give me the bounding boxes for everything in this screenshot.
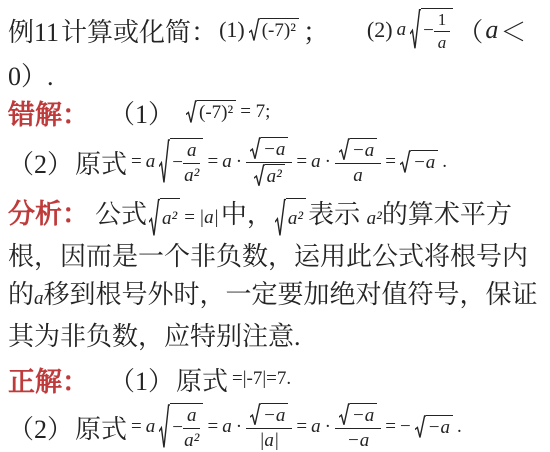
fraction: a a²: [183, 405, 201, 451]
analysis-text: 表示: [308, 200, 360, 229]
radical-sign-icon: [159, 138, 170, 186]
radicand: −a: [426, 415, 453, 439]
fraction: −a −a: [335, 403, 381, 451]
coefficient: a: [397, 19, 407, 41]
square-root: −a: [339, 403, 377, 426]
radical-sign-icon: [275, 198, 286, 238]
equals: =: [184, 199, 195, 237]
coefficient: a: [222, 151, 232, 173]
problem-intro: 计算或化简：: [61, 12, 217, 49]
equals: =: [296, 151, 307, 173]
radical-sign-icon: [250, 403, 261, 426]
period: .: [457, 416, 462, 438]
expression-name: 原式: [75, 144, 127, 181]
wrong-solution-line2: （2） 原式 = a − a a² = a ·: [8, 133, 542, 191]
square-root: −a: [250, 403, 288, 426]
equals: =: [207, 151, 218, 173]
square-root: (-7)²: [249, 18, 299, 42]
analysis-paragraph: 分析：公式a²=|a|中，a²表示 a²的算术平方根，因而是一个非负数，运用此公…: [8, 195, 542, 356]
part2-label: (2): [367, 17, 393, 43]
radicand: −a: [261, 403, 288, 426]
wrong-item2-equation: = a − a a² = a · −a: [129, 137, 449, 187]
analysis-text: 公式: [95, 200, 147, 229]
math-worked-example-document: 例11 计算或化简： (1) (-7)² ； (2) a − 1 a: [0, 0, 550, 452]
denominator: a²: [184, 429, 199, 451]
denominator: a: [438, 32, 447, 52]
radicand: a²: [286, 198, 306, 238]
item1-label: （1）: [109, 94, 174, 131]
numerator: 1: [434, 10, 451, 31]
numerator: a: [183, 140, 201, 163]
numerator: −a: [246, 403, 292, 428]
wrong-item1-equation: (-7)² = 7;: [184, 100, 272, 124]
multiplication-dot: ·: [325, 416, 331, 438]
square-root: a²: [275, 198, 306, 238]
item2-label: （2）: [8, 144, 73, 181]
wrong-solution-line1: 错解： （1） (-7)² = 7;: [8, 93, 542, 131]
variable-a-squared: a²: [367, 208, 382, 229]
denominator: a²: [184, 164, 199, 186]
radicand: (-7)²: [260, 18, 299, 42]
square-root: −a: [250, 137, 288, 160]
numerator: a: [183, 405, 201, 428]
minus-sign: −: [423, 20, 434, 42]
correct-solution-line2: （2） 原式 = a − a a² = a ·: [8, 398, 542, 452]
fraction: 1 a: [434, 10, 451, 51]
abs-value-result: =|-7|=7.: [232, 368, 291, 390]
correct-item2-equation: = a − a a² = a · −a: [129, 403, 464, 451]
radicand: a²: [265, 164, 285, 187]
coefficient: a: [146, 151, 156, 173]
coefficient: a: [222, 416, 232, 438]
radicand: − 1 a: [421, 8, 453, 51]
radical-sign-icon: [254, 164, 265, 187]
wrong-heading: 错解：: [8, 93, 89, 132]
condition-tail: 0）.: [8, 56, 54, 93]
radicand: − a a²: [170, 138, 203, 186]
analysis-text: 中，: [221, 200, 273, 229]
equals-seven: = 7;: [240, 101, 270, 123]
square-root: a²: [254, 164, 285, 187]
radical-sign-icon: [410, 8, 421, 51]
problem-statement-line1: 例11 计算或化简： (1) (-7)² ； (2) a − 1 a: [8, 5, 542, 55]
square-root: − a a²: [159, 138, 203, 186]
square-root: − a a²: [159, 403, 203, 451]
square-root: (-7)²: [186, 100, 236, 124]
inline-formula: a²: [273, 198, 308, 238]
radical-sign-icon: [339, 403, 350, 426]
correct-solution-line1: 正解： （1） 原式 =|-7|=7.: [8, 360, 542, 398]
fraction: a a²: [183, 140, 201, 186]
multiplication-dot: ·: [236, 416, 242, 438]
fraction: −a a: [335, 138, 381, 186]
expression-name: 原式: [75, 409, 127, 446]
radical-sign-icon: [249, 18, 260, 42]
equals: =: [385, 151, 396, 173]
minus-sign: −: [172, 152, 183, 174]
inline-formula: a²=|a|: [147, 198, 221, 238]
analysis-text: 移到根号外时，一定要加绝对值符号，保证其为非负数，应特别注意.: [8, 280, 538, 351]
numerator: −a: [335, 138, 381, 163]
equals: =: [296, 416, 307, 438]
radicand: −a: [261, 137, 288, 160]
square-root: −a: [415, 415, 453, 439]
correct-heading: 正解：: [8, 360, 89, 399]
correct-item1-equation: =|-7|=7.: [230, 368, 293, 390]
analysis-heading: 分析：: [8, 199, 89, 229]
example-tag: 例11: [8, 12, 59, 49]
square-root: −a: [339, 138, 377, 161]
expression-name: 原式: [176, 361, 228, 398]
equals: =: [207, 416, 218, 438]
coefficient: a: [311, 151, 321, 173]
denominator: a²: [254, 163, 285, 187]
part2-expression: a − 1 a: [395, 8, 456, 51]
radical-sign-icon: [186, 100, 197, 124]
minus-sign: −: [172, 417, 183, 439]
coefficient: a: [311, 416, 321, 438]
denominator: −a: [347, 429, 369, 451]
equals: =: [385, 416, 396, 438]
radical-sign-icon: [149, 198, 160, 238]
coefficient: a: [146, 416, 156, 438]
radicand: −a: [350, 138, 377, 161]
condition-variable: a: [485, 15, 498, 45]
multiplication-dot: ·: [325, 151, 331, 173]
part1-label: (1): [219, 17, 245, 43]
numerator: −a: [246, 137, 292, 162]
multiplication-dot: ·: [236, 151, 242, 173]
item2-label: （2）: [8, 409, 73, 446]
radical-sign-icon: [415, 415, 426, 439]
denominator: a: [353, 164, 363, 186]
period: .: [442, 151, 447, 173]
fraction: −a |a|: [246, 403, 292, 451]
square-root: −a: [400, 150, 438, 174]
square-root: a²: [149, 198, 180, 238]
item1-label: （1）: [109, 361, 174, 398]
square-root: − 1 a: [410, 8, 453, 51]
equals: =: [131, 151, 142, 173]
radical-sign-icon: [250, 137, 261, 160]
absolute-value: |a|: [199, 199, 219, 237]
radical-sign-icon: [159, 403, 170, 451]
radicand: a²: [160, 198, 180, 238]
problem-statement-line2: 0）.: [8, 57, 542, 91]
condition-open-paren: （: [457, 12, 483, 49]
radicand: (-7)²: [197, 100, 236, 124]
denominator: |a|: [259, 429, 279, 451]
negative-sign: −: [400, 416, 411, 438]
radical-sign-icon: [339, 138, 350, 161]
part1-punct: ；: [303, 12, 329, 49]
radical-sign-icon: [400, 150, 411, 174]
equals: =: [131, 416, 142, 438]
variable-a: a: [34, 288, 44, 309]
part1-expression: (-7)²: [247, 18, 301, 42]
radicand: −a: [350, 403, 377, 426]
radicand: − a a²: [170, 403, 203, 451]
numerator: −a: [335, 403, 381, 428]
condition-less-than: ＜: [500, 12, 526, 49]
fraction: −a a²: [246, 137, 292, 187]
radicand: −a: [411, 150, 438, 174]
